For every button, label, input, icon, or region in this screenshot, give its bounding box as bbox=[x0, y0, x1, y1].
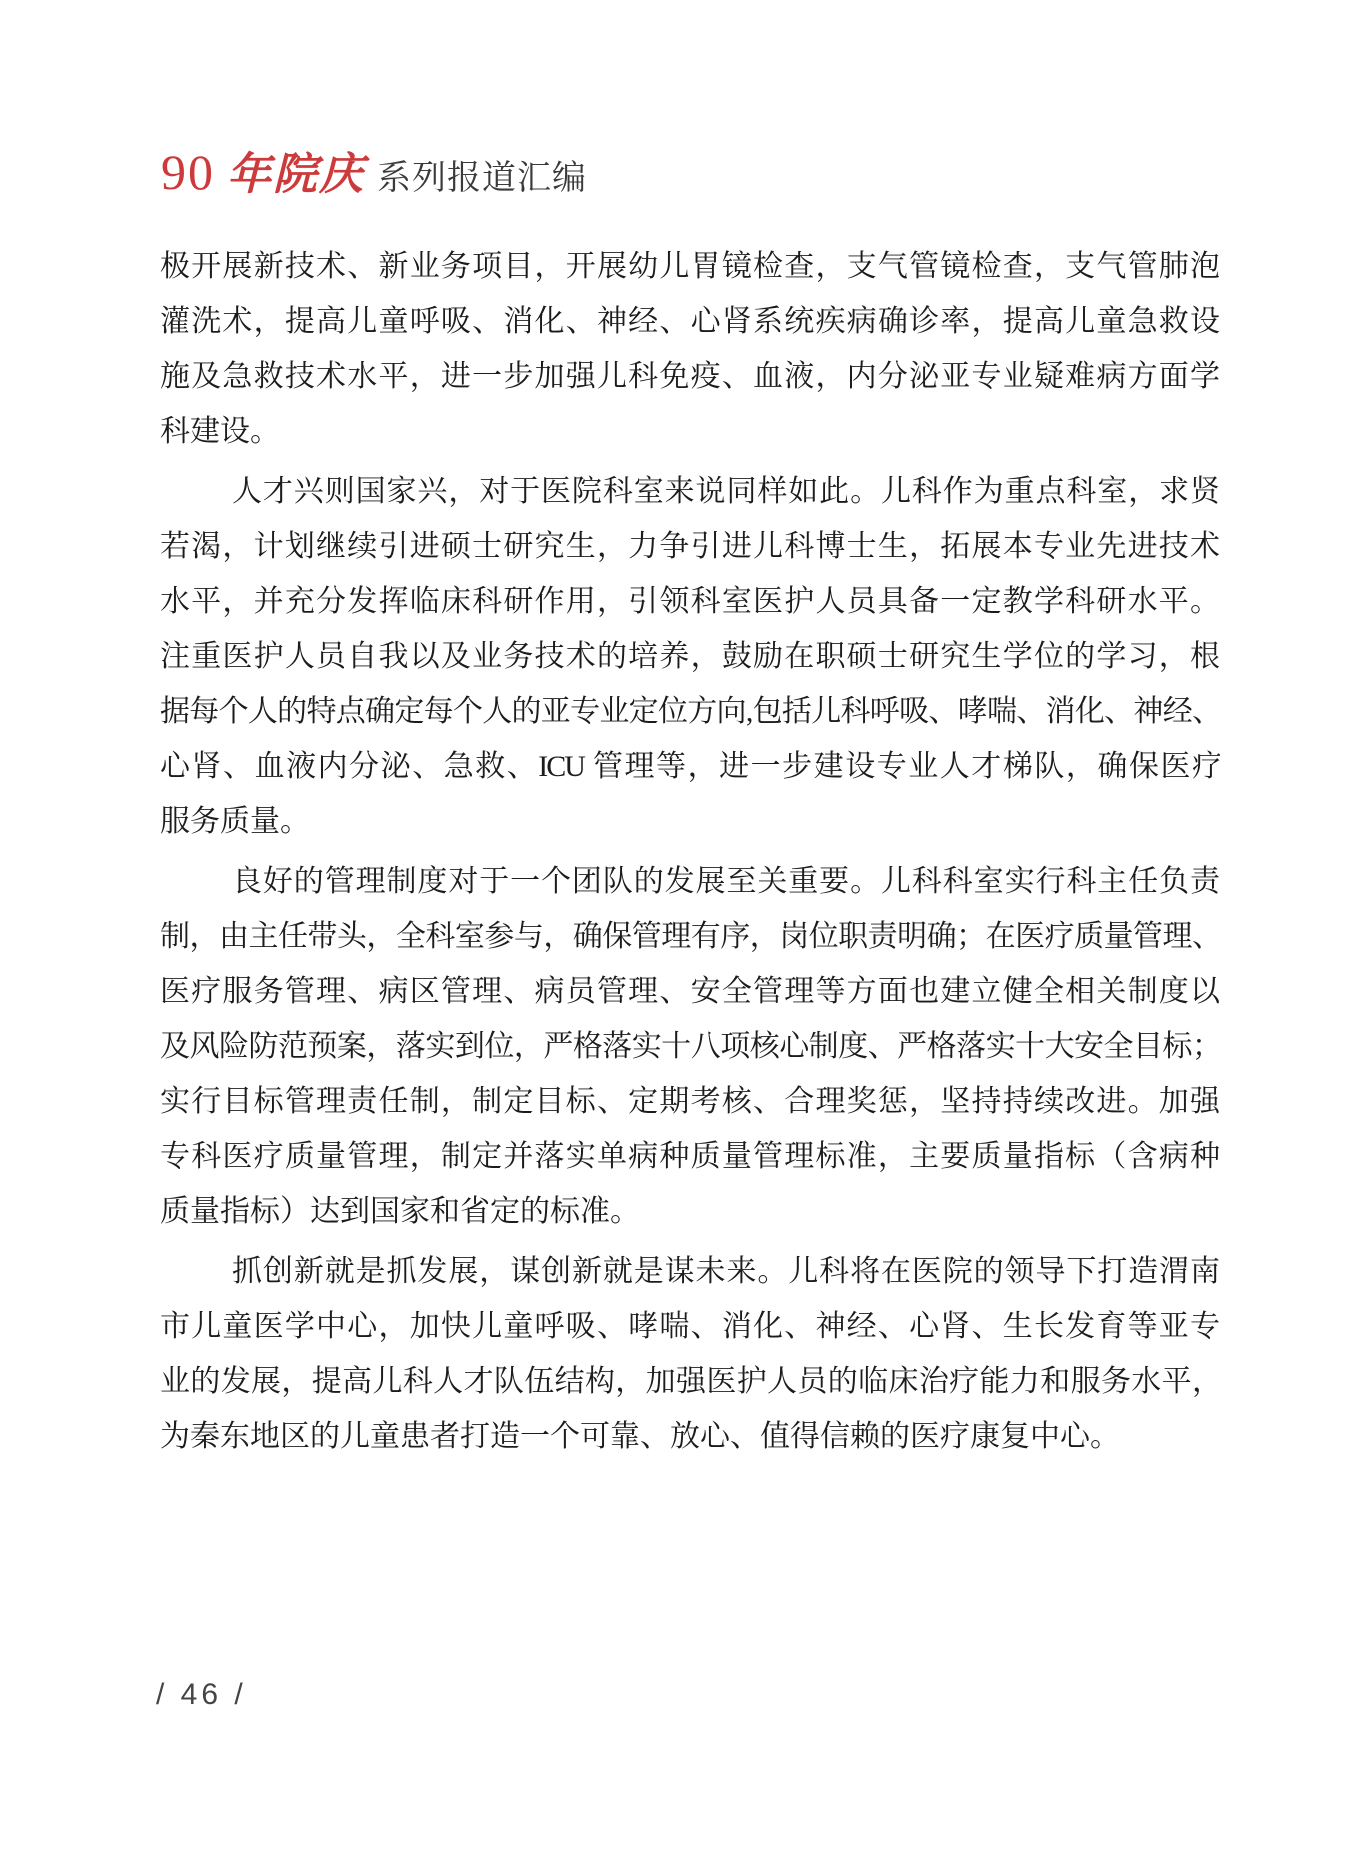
series-subtitle: 系列报道汇编 bbox=[377, 150, 587, 199]
text-line: 据每个人的特点确定每个人的亚专业定位方向,包括儿科呼吸、哮喘、消化、神经、 bbox=[160, 684, 1220, 739]
text-line: 质量指标）达到国家和省定的标准。 bbox=[160, 1184, 1220, 1239]
anniversary-calligraphy-title: 年院庆 bbox=[227, 138, 365, 202]
text-line: 良好的管理制度对于一个团队的发展至关重要。儿科科室实行科主任负责 bbox=[160, 854, 1220, 909]
text-line: 若渴，计划继续引进硕士研究生，力争引进儿科博士生，拓展本专业先进技术 bbox=[160, 519, 1220, 574]
paragraph: 极开展新技术、新业务项目，开展幼儿胃镜检查，支气管镜检查，支气管肺泡灌洗术，提高… bbox=[160, 239, 1220, 459]
text-line: 水平，并充分发挥临床科研作用，引领科室医护人员具备一定教学科研水平。 bbox=[160, 574, 1220, 629]
text-line: 灌洗术，提高儿童呼吸、消化、神经、心肾系统疾病确诊率，提高儿童急救设 bbox=[160, 294, 1220, 349]
text-line: 专科医疗质量管理，制定并落实单病种质量管理标准，主要质量指标（含病种 bbox=[160, 1129, 1220, 1184]
text-line: 心肾、血液内分泌、急救、ICU 管理等，进一步建设专业人才梯队，确保医疗 bbox=[160, 739, 1220, 794]
text-line: 业的发展，提高儿科人才队伍结构，加强医护人员的临床治疗能力和服务水平， bbox=[160, 1354, 1220, 1409]
paragraph: 人才兴则国家兴，对于医院科室来说同样如此。儿科作为重点科室，求贤若渴，计划继续引… bbox=[160, 464, 1220, 849]
text-line: 施及急救技术水平，进一步加强儿科免疫、血液，内分泌亚专业疑难病方面学 bbox=[160, 349, 1220, 404]
text-line: 制，由主任带头，全科室参与，确保管理有序，岗位职责明确；在医疗质量管理、 bbox=[160, 909, 1220, 964]
page-header: 90 年院庆 系列报道汇编 bbox=[161, 138, 587, 202]
anniversary-number: 90 bbox=[161, 143, 215, 201]
text-line: 抓创新就是抓发展，谋创新就是谋未来。儿科将在医院的领导下打造渭南 bbox=[160, 1244, 1220, 1299]
paragraph: 良好的管理制度对于一个团队的发展至关重要。儿科科室实行科主任负责制，由主任带头，… bbox=[160, 854, 1220, 1239]
text-line: 注重医护人员自我以及业务技术的培养，鼓励在职硕士研究生学位的学习，根 bbox=[160, 629, 1220, 684]
article-body: 极开展新技术、新业务项目，开展幼儿胃镜检查，支气管镜检查，支气管肺泡灌洗术，提高… bbox=[160, 239, 1220, 1469]
paragraph: 抓创新就是抓发展，谋创新就是谋未来。儿科将在医院的领导下打造渭南市儿童医学中心，… bbox=[160, 1244, 1220, 1464]
text-line: 服务质量。 bbox=[160, 794, 1220, 849]
text-line: 人才兴则国家兴，对于医院科室来说同样如此。儿科作为重点科室，求贤 bbox=[160, 464, 1220, 519]
text-line: 实行目标管理责任制，制定目标、定期考核、合理奖惩，坚持持续改进。加强 bbox=[160, 1074, 1220, 1129]
text-line: 科建设。 bbox=[160, 404, 1220, 459]
text-line: 极开展新技术、新业务项目，开展幼儿胃镜检查，支气管镜检查，支气管肺泡 bbox=[160, 239, 1220, 294]
text-line: 医疗服务管理、病区管理、病员管理、安全管理等方面也建立健全相关制度以 bbox=[160, 964, 1220, 1019]
page: { "header": { "title_number": "90", "tit… bbox=[0, 0, 1362, 1858]
page-number: / 46 / bbox=[156, 1678, 247, 1712]
text-line: 市儿童医学中心，加快儿童呼吸、哮喘、消化、神经、心肾、生长发育等亚专 bbox=[160, 1299, 1220, 1354]
text-line: 为秦东地区的儿童患者打造一个可靠、放心、值得信赖的医疗康复中心。 bbox=[160, 1409, 1220, 1464]
text-line: 及风险防范预案，落实到位，严格落实十八项核心制度、严格落实十大安全目标； bbox=[160, 1019, 1220, 1074]
